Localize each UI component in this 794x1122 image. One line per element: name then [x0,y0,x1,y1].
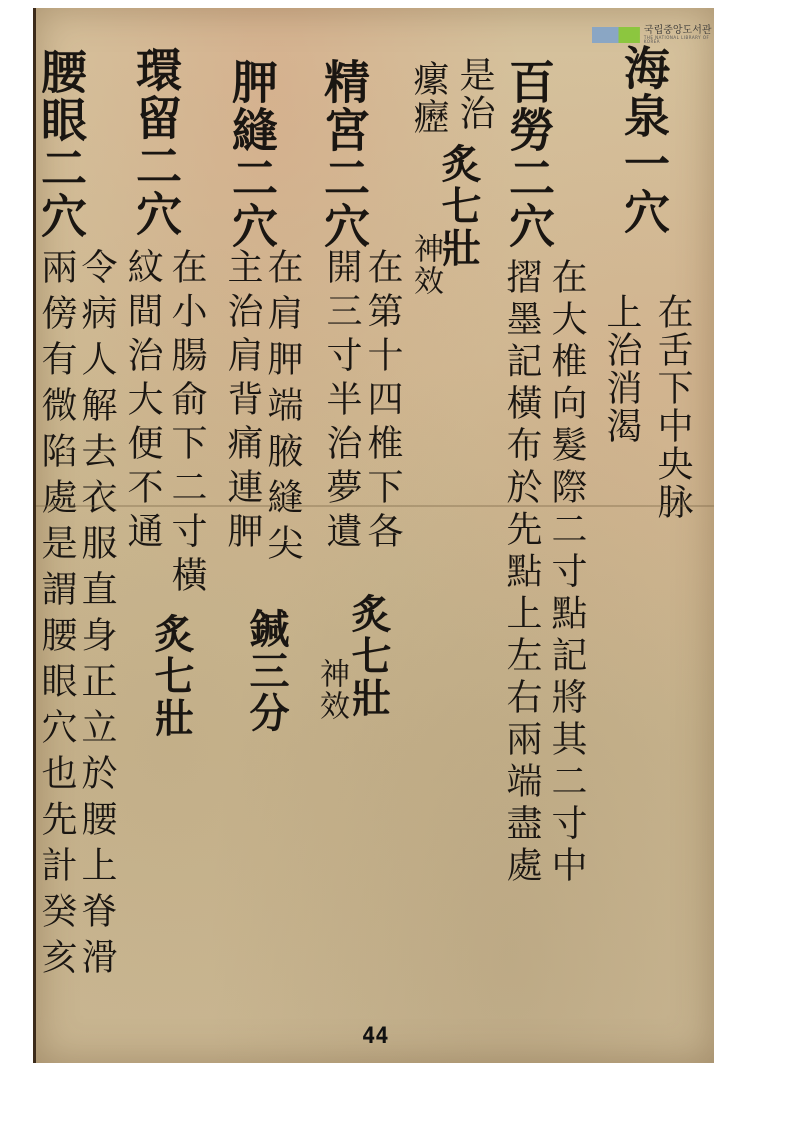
library-logo: 국립중앙도서관 THE NATIONAL LIBRARY OF KOREA [592,22,727,48]
acupoint-location-hwanryu: 在小腸俞下二寸橫 [168,248,204,600]
acupoint-effect-baekro: 神效 [410,233,440,297]
acupoint-detail-yoan: 兩傍有微陷處是謂腰眼穴也先計癸亥 [38,248,74,984]
acupoint-location-haecheon: 在舌下中央脉 [654,293,690,521]
library-name-english: THE NATIONAL LIBRARY OF KOREA [644,36,727,44]
acupoint-location-jeonggung: 在第十四椎下各 [364,248,400,556]
manuscript-page: 海泉一穴 在舌下中央脉 上治消渴 百勞二穴 在大椎向髮際二寸點記將其二寸中 摺墨… [33,8,714,1063]
acupoint-detail-baekro: 摺墨記橫布於先點上左右兩端盡處 [503,258,539,888]
acupoint-title-haecheon: 海泉一穴 [621,44,667,236]
acupoint-title-baekro: 百勞二穴 [506,58,552,250]
acupoint-title-gapbong: 胛縫二穴 [229,58,275,250]
acupoint-detail-jeonggung: 開三寸半治夢遺 [323,248,359,556]
acupoint-treat-label-baekro: 是治 [456,56,492,132]
acupoint-title-jeonggung: 精宮二穴 [321,58,367,250]
acupoint-title-yoan: 腰眼二穴 [38,48,84,240]
acupoint-needle-gapbong: 鍼三分 [246,608,286,734]
acupoint-disease-baekro: 瘰癧 [410,60,446,136]
acupoint-title-hwanryu: 環留二穴 [133,46,179,238]
acupoint-effect-jeonggung: 神效 [316,658,346,722]
acupoint-procedure-yoan: 令病人解去衣服直身正立於腰上脊滑 [78,248,114,984]
acupoint-moxa-hwanryu: 炙七壯 [151,613,191,739]
acupoint-moxa-baekro: 炙七壯 [438,143,478,269]
acupoint-treatment-hwanryu: 紋間治大便不通 [124,248,160,556]
acupoint-location-gapbong: 在肩胛端腋縫尖 [264,248,300,570]
acupoint-location-baekro: 在大椎向髮際二寸點記將其二寸中 [548,258,584,888]
acupoint-moxa-jeonggung: 炙七壯 [348,593,388,719]
library-logo-icon [592,27,640,43]
acupoint-treatment-gapbong: 主治肩背痛連胛 [224,248,260,556]
acupoint-treatment-haecheon: 上治消渴 [603,293,639,445]
page-number: 44 [362,1024,389,1049]
